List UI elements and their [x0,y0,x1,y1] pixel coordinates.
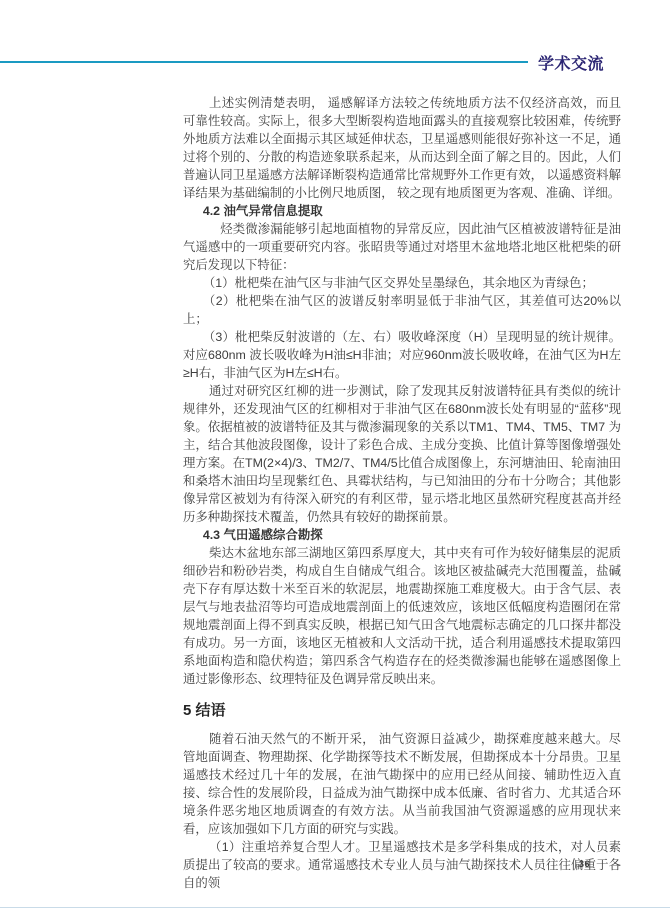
page-number: 36 [579,859,590,869]
paragraph-vegetation-spectra: 烃类微渗漏能够引起地面植物的异常反应，因此油气区植被波谱特征是油气遥感中的一项重… [183,220,621,274]
list-item-3: （3）枇杷柴反射波谱的（左、右）吸收峰深度（H）呈现明显的统计规律。对应680n… [183,328,621,382]
list-item-1: （1）枇杷柴在油气区与非油气区交界处呈墨绿色，其余地区为青绿色； [183,274,621,292]
paragraph-intro: 上述实例清楚表明， 遥感解译方法较之传统地质方法不仅经济高效，而且可靠性较高。实… [183,94,621,202]
paragraph-conclusion: 随着石油天然气的不断开采， 油气资源日益减少，勘探难度越来越大。尽管地面调查、物… [183,730,621,838]
subsection-heading-4-3: 4.3 气田遥感综合勘探 [183,526,621,544]
column-title: 学术交流 [538,51,604,74]
subsection-heading-4-2: 4.2 油气异常信息提取 [183,202,621,220]
section-heading-5: 5 结语 [183,701,621,721]
article-body: 上述实例清楚表明， 遥感解译方法较之传统地质方法不仅经济高效，而且可靠性较高。实… [183,94,621,892]
paragraph-tamarisk-test: 通过对研究区红柳的进一步测试，除了发现其反射波谱特征具有类似的统计规律外，还发现… [183,382,621,526]
header-rule-line [0,61,528,63]
footer-rule-line [0,907,670,908]
document-page: 学术交流 上述实例清楚表明， 遥感解译方法较之传统地质方法不仅经济高效，而且可靠… [0,0,670,914]
paragraph-qaidam-basin: 柴达木盆地东部三湖地区第四系厚度大，其中夹有可作为较好储集层的泥质细砂岩和粉砂岩… [183,544,621,688]
list-item-2: （2）枇杷柴在油气区的波谱反射率明显低于非油气区，其差值可达20%以上； [183,292,621,328]
paragraph-talent: （1）注重培养复合型人才。卫星遥感技术是多学科集成的技术，对人员素质提出了较高的… [183,838,621,892]
page-header: 学术交流 [0,50,670,74]
